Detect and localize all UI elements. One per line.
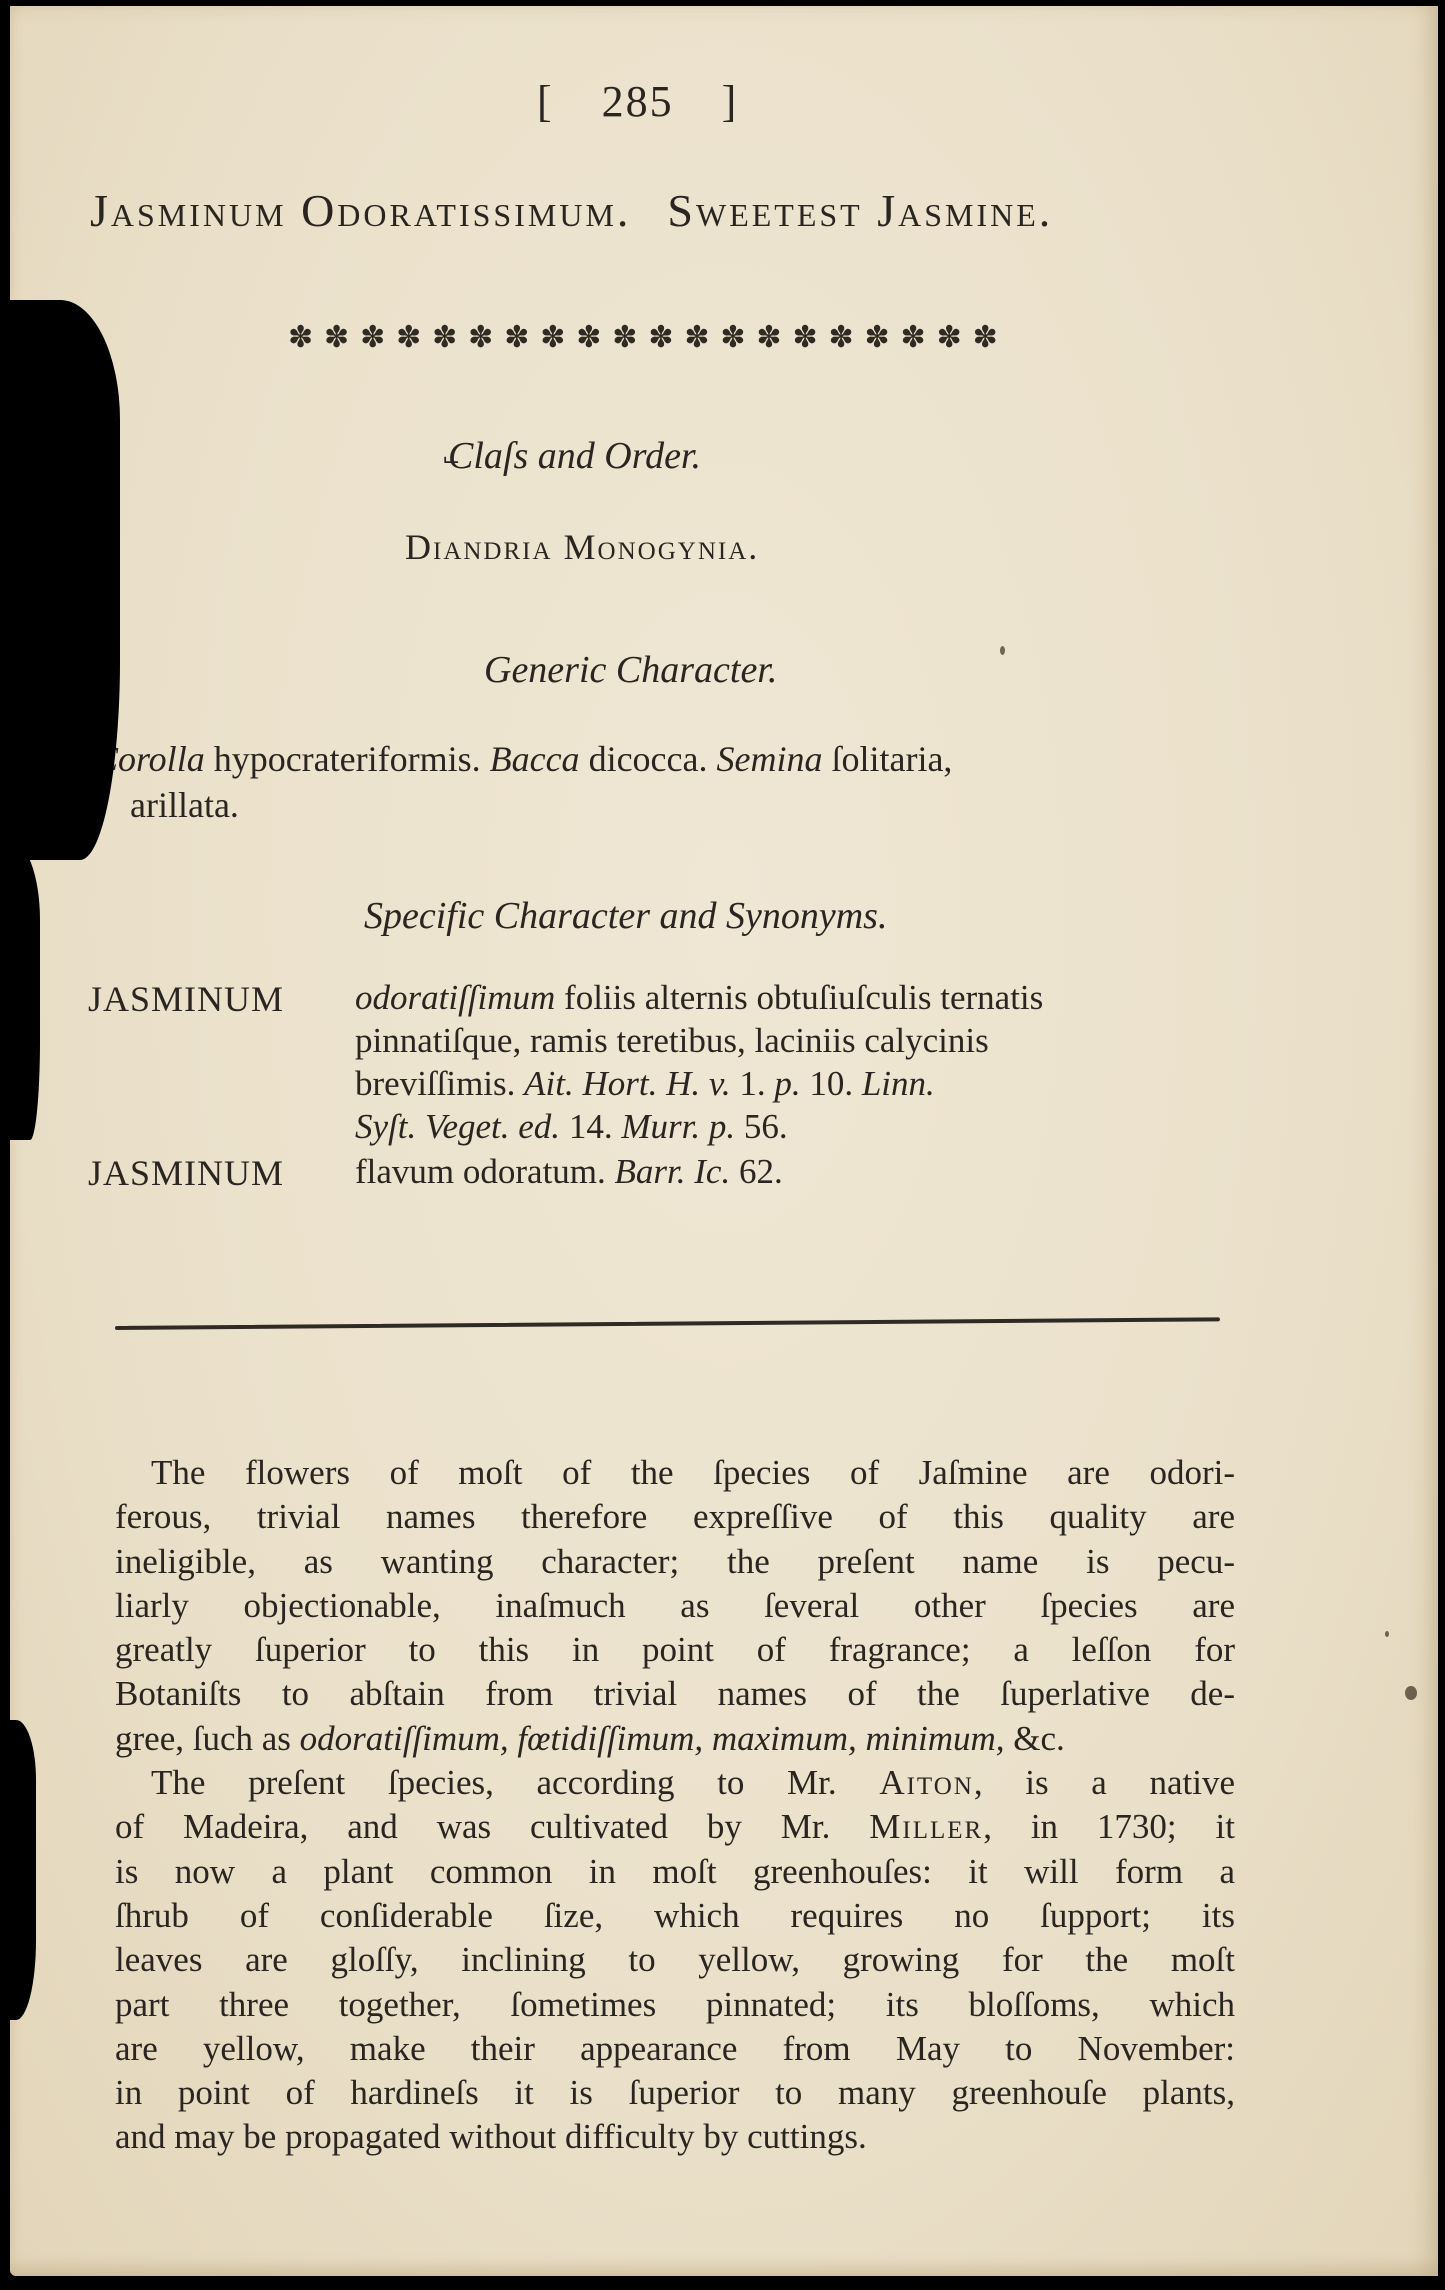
text-run: flavum odoratum. <box>355 1152 615 1191</box>
text-line: in point of hardineſs it is ſuperior to … <box>115 2071 1235 2115</box>
synonym-line: flavum odoratum. Barr. Ic. 62. <box>355 1152 783 1192</box>
synonym-genus-label: JASMINUM <box>88 1152 284 1194</box>
body-text: The flowers of moſt of the ſpecies of Ja… <box>115 1451 1235 2160</box>
paper-speck <box>1385 1631 1389 1637</box>
synonym-line: breviſſimis. Ait. Hort. H. v. 1. p. 10. … <box>355 1064 935 1104</box>
body-paragraph: The preſent ſpecies, according to Mr. Ai… <box>115 1761 1235 2160</box>
text-run: hypocrateriformis. <box>205 739 490 779</box>
text-run: , in 1730; it <box>983 1807 1235 1846</box>
text-run: in point of hardineſs it is ſuperior to … <box>115 2073 1235 2112</box>
text-line: greatly ſuperior to this in point of fra… <box>115 1628 1235 1672</box>
torn-edge <box>0 840 40 1140</box>
italic-run: Linn. <box>862 1064 935 1103</box>
class-order-value: Diandria Monogynia. <box>405 526 759 568</box>
text-line: part three together, ſometimes pinnated;… <box>115 1983 1235 2027</box>
text-run: leaves are gloſſy, inclining to yellow, … <box>115 1940 1235 1979</box>
synonym-line: Syſt. Veget. ed. 14. Murr. p. 56. <box>355 1107 788 1147</box>
italic-run: p. <box>774 1064 800 1103</box>
text-run: foliis alternis obtuſiuſculis ternatis <box>555 978 1043 1017</box>
generic-character-line: arillata. <box>130 784 239 826</box>
page-title: Jasminum Odoratissimum.Sweetest Jasmine. <box>90 184 1053 237</box>
body-paragraph: The flowers of moſt of the ſpecies of Ja… <box>115 1451 1235 1761</box>
text-line: is now a plant common in moſt greenhouſe… <box>115 1850 1235 1894</box>
italic-run: Ait. Hort. H. v. <box>524 1064 730 1103</box>
text-run: gree, ſuch as <box>115 1719 300 1758</box>
text-run: &c. <box>1005 1719 1065 1758</box>
asterisk-ornament-icon: ✽ <box>865 318 890 358</box>
text-run: breviſſimis. <box>355 1064 524 1103</box>
italic-run: Syſt. Veget. ed. <box>355 1107 560 1146</box>
paper-speck <box>1405 1686 1417 1700</box>
asterisk-ornament-icon: ✽ <box>828 318 853 358</box>
ornament-rule: ✽✽✽✽✽✽✽✽✽✽✽✽✽✽✽✽✽✽✽✽ <box>288 318 998 358</box>
smallcaps-run: Aiton <box>879 1763 974 1802</box>
text-run: 14. <box>560 1107 621 1146</box>
italic-run: odoratiſſimum <box>355 978 555 1017</box>
asterisk-ornament-icon: ✽ <box>504 318 529 358</box>
title-common: Sweetest Jasmine. <box>667 185 1053 236</box>
text-run: 56. <box>735 1107 788 1146</box>
text-run: of Madeira, and was cultivated by Mr. <box>115 1807 869 1846</box>
text-line: The flowers of moſt of the ſpecies of Ja… <box>115 1451 1235 1495</box>
specific-character-heading: Specific Character and Synonyms. <box>364 894 887 938</box>
asterisk-ornament-icon: ✽ <box>540 318 565 358</box>
text-run: are yellow, make their appearance from M… <box>115 2029 1235 2068</box>
italic-run: Barr. Ic. <box>615 1152 731 1191</box>
italic-run: Semina <box>716 739 822 779</box>
text-run: ferous, trivial names therefore expreſſi… <box>115 1497 1235 1536</box>
asterisk-ornament-icon: ✽ <box>468 318 493 358</box>
italic-run: Bacca <box>490 739 580 779</box>
text-line: ineligible, as wanting character; the pr… <box>115 1540 1235 1584</box>
asterisk-ornament-icon: ✽ <box>684 318 709 358</box>
text-run: part three together, ſometimes pinnated;… <box>115 1985 1235 2024</box>
text-line: are yellow, make their appearance from M… <box>115 2027 1235 2071</box>
bracket-left: [ <box>537 77 554 126</box>
text-run: ſolitaria, <box>822 739 952 779</box>
text-line: leaves are gloſſy, inclining to yellow, … <box>115 1938 1235 1982</box>
text-run: dicocca. <box>580 739 717 779</box>
synonym-genus-label: JASMINUM <box>88 978 284 1020</box>
bracket-right: ] <box>722 77 739 126</box>
text-run: and may be propagated without difficulty… <box>115 2117 867 2156</box>
text-line: ferous, trivial names therefore expreſſi… <box>115 1495 1235 1539</box>
text-run: ſhrub of conſiderable ſize, which requir… <box>115 1896 1235 1935</box>
asterisk-ornament-icon: ✽ <box>288 318 313 358</box>
asterisk-ornament-icon: ✽ <box>756 318 781 358</box>
page-number: [285] <box>537 76 738 127</box>
text-run: liarly objectionable, inaſmuch as ſevera… <box>115 1586 1235 1625</box>
asterisk-ornament-icon: ✽ <box>324 318 349 358</box>
asterisk-ornament-icon: ✽ <box>901 318 926 358</box>
text-line: ſhrub of conſiderable ſize, which requir… <box>115 1894 1235 1938</box>
text-run: is now a plant common in moſt greenhouſe… <box>115 1852 1235 1891</box>
text-run: pinnatiſque, ramis teretibus, laciniis c… <box>355 1021 989 1060</box>
text-run: greatly ſuperior to this in point of fra… <box>115 1630 1235 1669</box>
text-run: , is a native <box>974 1763 1235 1802</box>
generic-character-heading: Generic Character. <box>484 648 777 692</box>
page-number-value: 285 <box>602 76 674 127</box>
paper-speck <box>1000 646 1005 655</box>
text-line: of Madeira, and was cultivated by Mr. Mi… <box>115 1805 1235 1849</box>
text-line: liarly objectionable, inaſmuch as ſevera… <box>115 1584 1235 1628</box>
text-line: Botaniſts to abſtain from trivial names … <box>115 1672 1235 1716</box>
asterisk-ornament-icon: ✽ <box>360 318 385 358</box>
class-order-heading: Claſs and Order. <box>448 434 701 478</box>
text-run: The flowers of moſt of the ſpecies of Ja… <box>151 1453 1235 1492</box>
horizontal-rule <box>115 1317 1220 1330</box>
italic-run: Murr. p. <box>621 1107 735 1146</box>
torn-edge <box>0 300 120 860</box>
title-latin: Jasminum Odoratissimum. <box>90 185 631 236</box>
generic-character-line: Corolla hypocrateriformis. Bacca dicocca… <box>94 738 952 780</box>
text-run: 10. <box>801 1064 862 1103</box>
asterisk-ornament-icon: ✽ <box>792 318 817 358</box>
synonym-line: odoratiſſimum foliis alternis obtuſiuſcu… <box>355 978 1043 1018</box>
book-page: [285] Jasminum Odoratissimum.Sweetest Ja… <box>10 6 1438 2276</box>
text-run: Botaniſts to abſtain from trivial names … <box>115 1674 1235 1713</box>
synonym-line: pinnatiſque, ramis teretibus, laciniis c… <box>355 1021 989 1061</box>
text-run: 62. <box>730 1152 783 1191</box>
text-run: 1. <box>731 1064 775 1103</box>
asterisk-ornament-icon: ✽ <box>648 318 673 358</box>
asterisk-ornament-icon: ✽ <box>612 318 637 358</box>
smallcaps-run: Miller <box>869 1807 983 1846</box>
text-run: ineligible, as wanting character; the pr… <box>115 1542 1235 1581</box>
asterisk-ornament-icon: ✽ <box>937 318 962 358</box>
text-line: and may be propagated without difficulty… <box>115 2115 1235 2159</box>
text-run: arillata. <box>130 785 239 825</box>
asterisk-ornament-icon: ✽ <box>432 318 457 358</box>
text-line: The preſent ſpecies, according to Mr. Ai… <box>115 1761 1235 1805</box>
asterisk-ornament-icon: ✽ <box>720 318 745 358</box>
text-line: gree, ſuch as odoratiſſimum, fœtidiſſimu… <box>115 1717 1235 1761</box>
torn-edge <box>0 1720 36 2020</box>
asterisk-ornament-icon: ✽ <box>396 318 421 358</box>
asterisk-ornament-icon: ✽ <box>576 318 601 358</box>
italic-run: odoratiſſimum, fœtidiſſimum, maximum, mi… <box>300 1719 1005 1758</box>
text-run: The preſent ſpecies, according to Mr. <box>151 1763 879 1802</box>
asterisk-ornament-icon: ✽ <box>973 318 998 358</box>
